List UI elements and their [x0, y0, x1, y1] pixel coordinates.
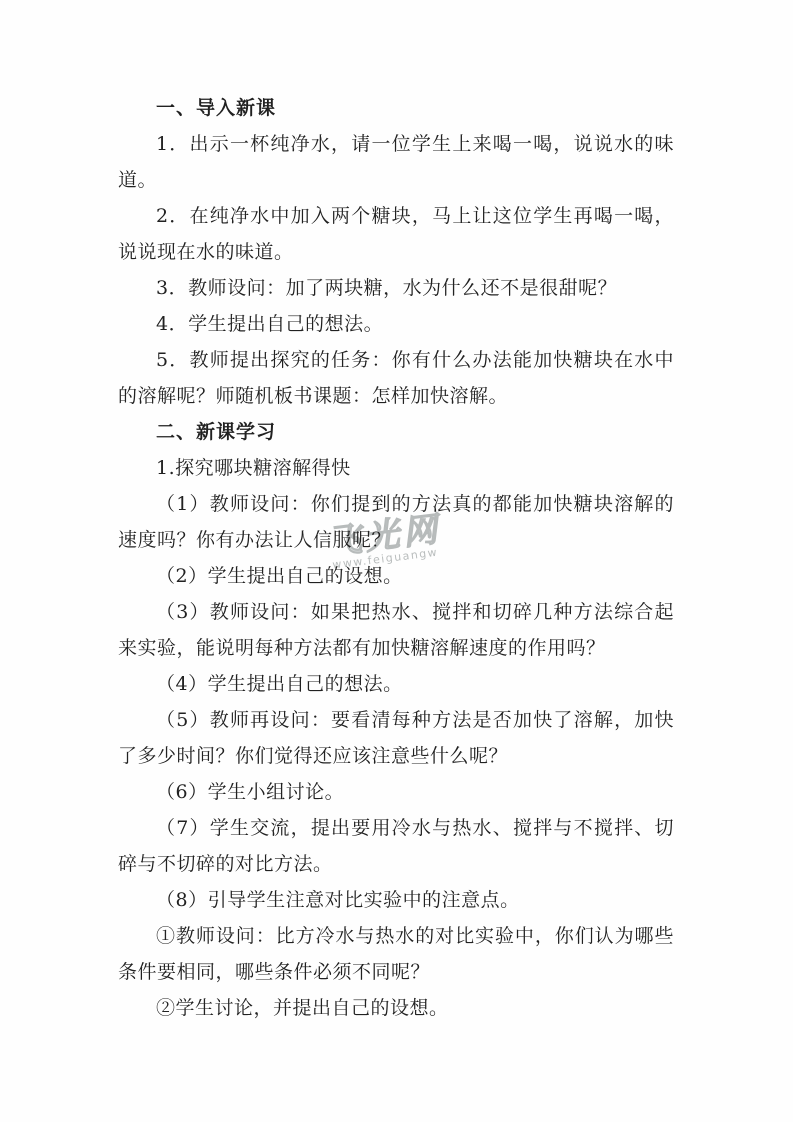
paragraph-intro-1: 1．出示一杯纯净水，请一位学生上来喝一喝，说说水的味道。 [118, 126, 674, 198]
paragraph-intro-2: 2．在纯净水中加入两个糖块，马上让这位学生再喝一喝，说说现在水的味道。 [118, 198, 674, 270]
section-heading-new-lesson: 二、新课学习 [118, 414, 674, 450]
paragraph-step-3: （3）教师设问：如果把热水、搅拌和切碎几种方法综合起来实验，能说明每种方法都有加… [118, 594, 674, 666]
paragraph-step-5: （5）教师再设问：要看清每种方法是否加快了溶解，加快了多少时间？你们觉得还应该注… [118, 702, 674, 774]
paragraph-step-6: （6）学生小组讨论。 [118, 774, 674, 810]
paragraph-step-8: （8）引导学生注意对比实验中的注意点。 [118, 882, 674, 918]
paragraph-subtopic-1: 1.探究哪块糖溶解得快 [118, 450, 674, 486]
paragraph-intro-4: 4．学生提出自己的想法。 [118, 306, 674, 342]
paragraph-step-7: （7）学生交流，提出要用冷水与热水、搅拌与不搅拌、切碎与不切碎的对比方法。 [118, 810, 674, 882]
document-page: 飞光网 www.feiguangw 一、导入新课 1．出示一杯纯净水，请一位学生… [0, 0, 793, 1122]
paragraph-step-4: （4）学生提出自己的想法。 [118, 666, 674, 702]
document-body: 一、导入新课 1．出示一杯纯净水，请一位学生上来喝一喝，说说水的味道。 2．在纯… [118, 90, 674, 1026]
paragraph-step-2: （2）学生提出自己的设想。 [118, 558, 674, 594]
section-heading-intro: 一、导入新课 [118, 90, 674, 126]
paragraph-intro-5: 5．教师提出探究的任务：你有什么办法能加快糖块在水中的溶解呢？师随机板书课题：怎… [118, 342, 674, 414]
paragraph-step-1: （1）教师设问：你们提到的方法真的都能加快糖块溶解的速度吗？你有办法让人信服呢？ [118, 486, 674, 558]
paragraph-intro-3: 3．教师设问：加了两块糖，水为什么还不是很甜呢？ [118, 270, 674, 306]
paragraph-substep-2: ②学生讨论，并提出自己的设想。 [118, 990, 674, 1026]
paragraph-substep-1: ①教师设问：比方冷水与热水的对比实验中，你们认为哪些条件要相同，哪些条件必须不同… [118, 918, 674, 990]
